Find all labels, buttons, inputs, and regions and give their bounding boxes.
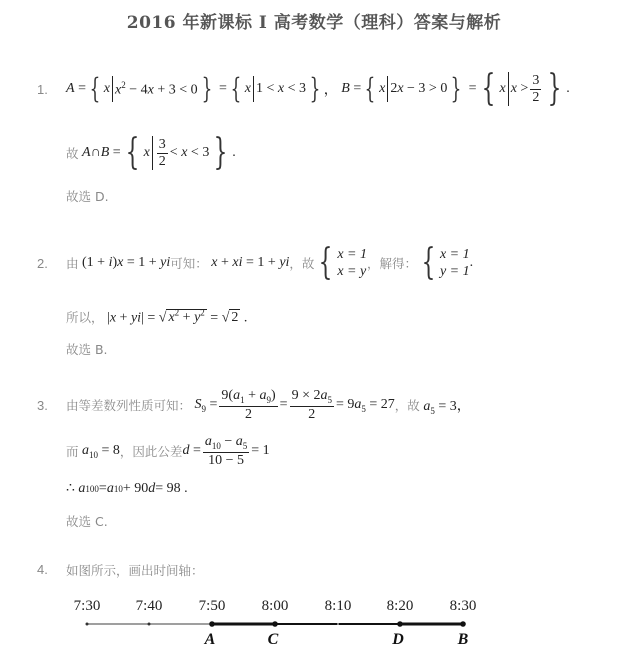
tick-label: 8:00: [262, 598, 289, 614]
point-label-c: C: [268, 631, 279, 648]
document-title: 2016 年新课标 I 高考数学（理科）答案与解析: [0, 8, 628, 33]
point-label-b: B: [457, 631, 469, 648]
point-d-dot: [397, 621, 403, 627]
tick-label: 7:30: [74, 598, 101, 614]
point-c-dot: [272, 621, 278, 627]
point-a-dot: [209, 621, 215, 627]
point-label-d: D: [391, 631, 404, 648]
problem-3-line-2: 而 a10 = 8 ，因此公差 d = a10 − a510 − 5 = 1: [66, 430, 270, 472]
problem-3-line-3: ∴ a100 = a10 + 90d = 98 .: [66, 480, 188, 497]
problem-number: 2.: [37, 256, 48, 271]
tick-label: 8:20: [387, 598, 414, 614]
problem-number: 1.: [37, 82, 48, 97]
problem-number: 3.: [37, 398, 48, 413]
point-label-a: A: [204, 631, 216, 648]
timeline-diagram: 7:30 7:40 7:50 8:00 8:10 8:20 8:30 A C D…: [60, 590, 500, 656]
problem-4-line-1: 如图所示，画出时间轴：: [66, 561, 204, 579]
tick-label: 8:30: [450, 598, 477, 614]
answer-text: 故选 B.: [66, 340, 108, 358]
problem-1-line-2: 故 A∩B = {x 32< x < 3}.: [66, 134, 236, 172]
problem-number: 4.: [37, 562, 48, 577]
tick-label: 8:10: [325, 598, 352, 614]
answer-text: 故选 D.: [66, 187, 109, 205]
answer-text: 故选 C.: [66, 512, 108, 530]
problem-1-line-1: A = {xx2 − 4x + 3 < 0} = {x1 < x < 3}， B…: [66, 72, 570, 106]
problem-2-line-2: 所以， |x + yi| = √x2 + y2 = √2 .: [66, 304, 247, 330]
tick-label: 7:50: [199, 598, 226, 614]
problem-2-line-1: 由 (1 + i)x = 1 + yi 可知： x + xi = 1 + yi …: [66, 242, 473, 284]
tick-label: 7:40: [136, 598, 163, 614]
problem-3-line-1: 由等差数列性质可知： S9 = 9(a1 + a9)2 = 9 × 2a52 =…: [66, 384, 471, 426]
point-b-dot: [460, 621, 466, 627]
